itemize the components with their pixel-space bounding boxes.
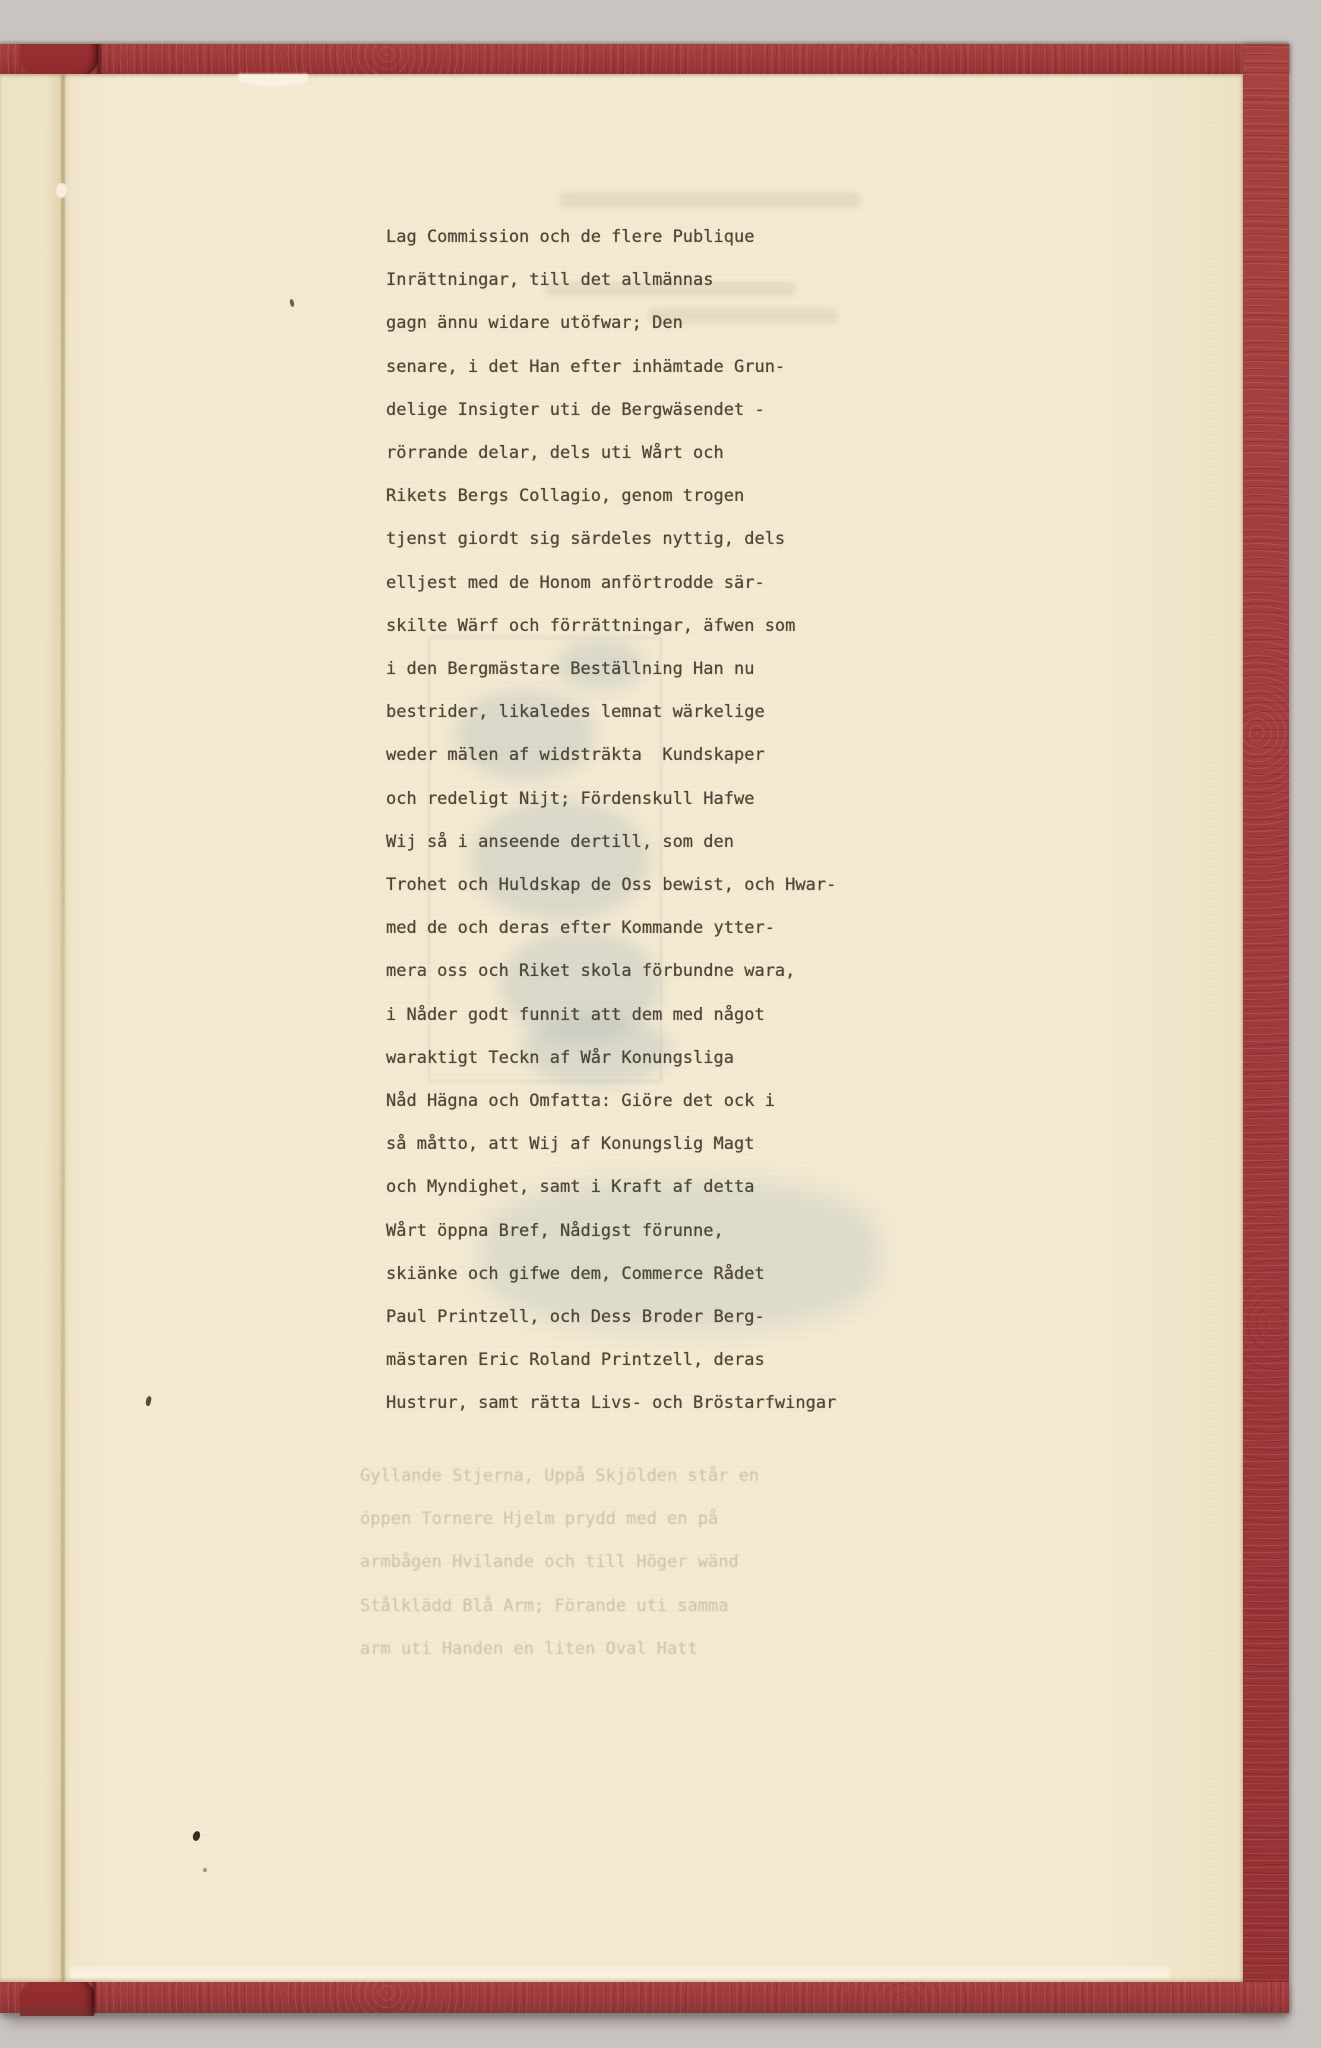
ghost-text-smear xyxy=(560,192,860,208)
page-bottom-deckle-edge xyxy=(70,1964,1170,1978)
page-top-edge-chip xyxy=(238,74,308,86)
gutter-crease xyxy=(61,74,65,1982)
leather-seam-top xyxy=(97,44,101,76)
crease-nick xyxy=(56,183,67,198)
book-drop-shadow xyxy=(8,2010,1286,2023)
ink-speck xyxy=(203,1868,207,1872)
leather-cover-top-edge xyxy=(0,44,1289,74)
leather-cover-right-edge xyxy=(1243,44,1289,2013)
typewritten-text-block: Lag Commission och de flere Publique Inr… xyxy=(386,216,836,1426)
leather-seam-bottom xyxy=(92,1980,96,2014)
scanned-book-page: Lag Commission och de flere Publique Inr… xyxy=(0,0,1321,2048)
ghost-text-block: Gyllande Stjerna, Uppå Skjölden står en … xyxy=(360,1455,759,1671)
leather-cover-bottom-edge xyxy=(0,1982,1289,2013)
